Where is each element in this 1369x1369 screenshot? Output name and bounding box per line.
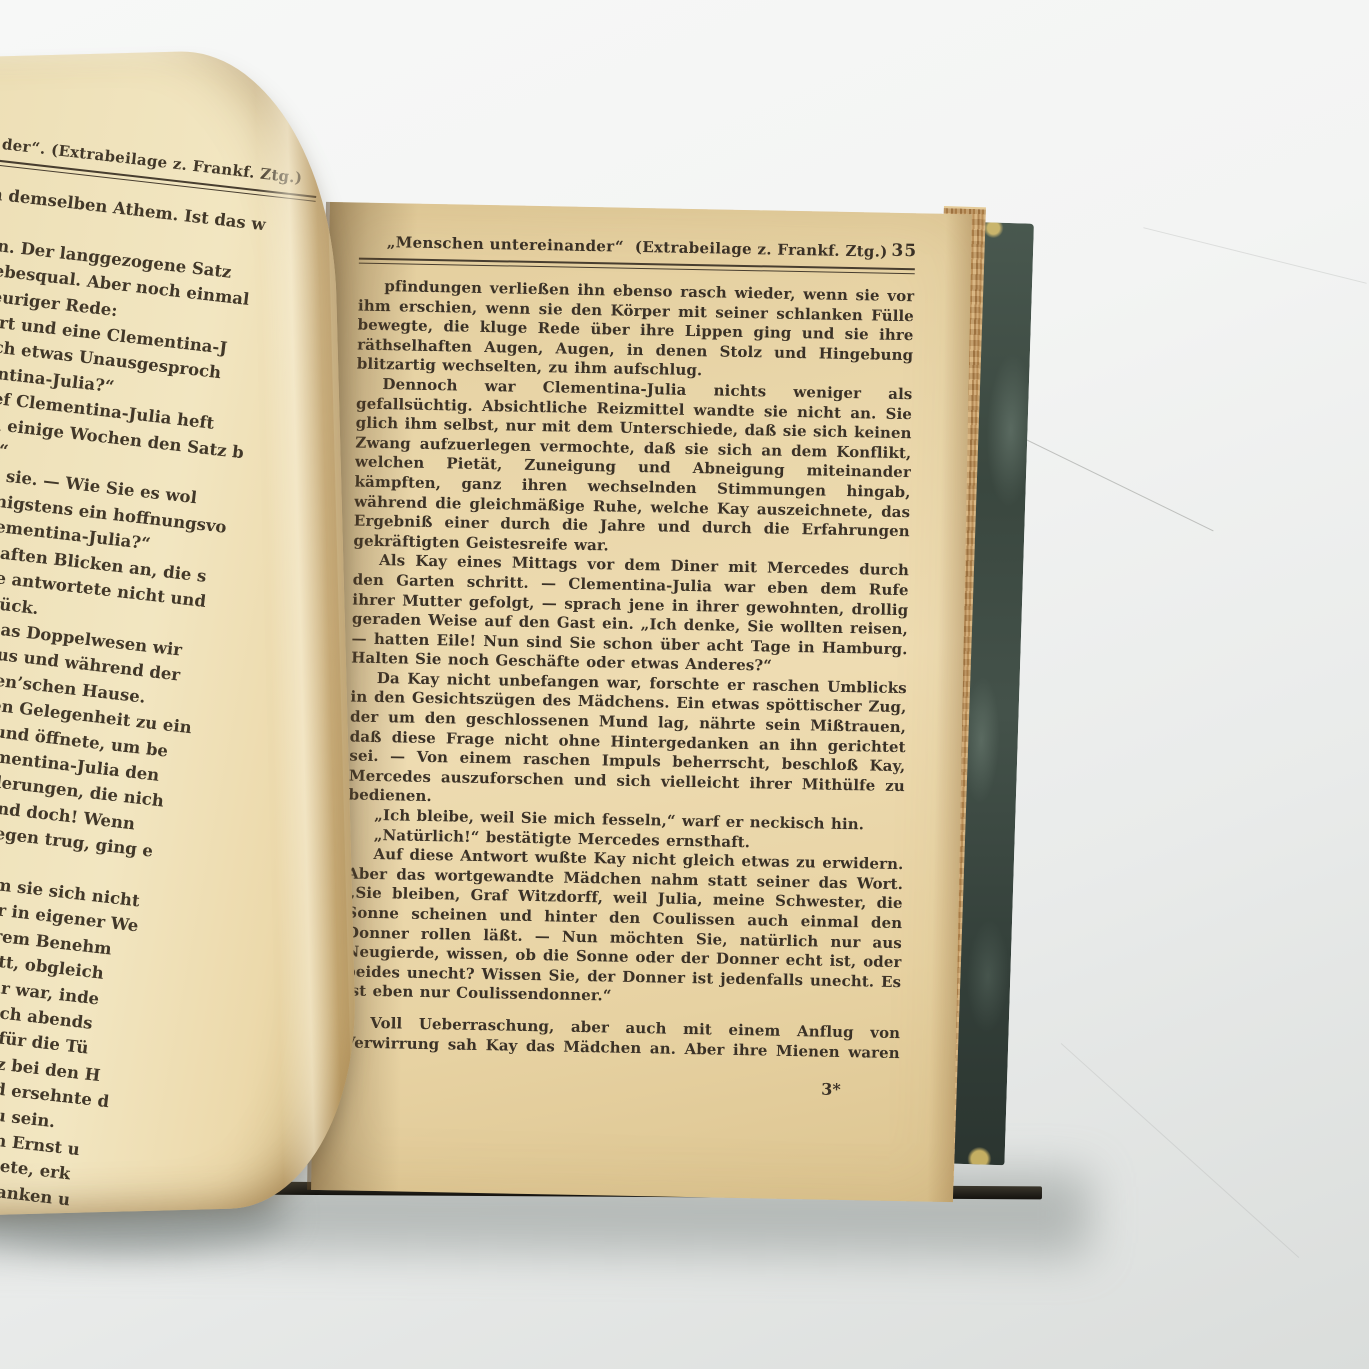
right-page-header: „Menschen untereinander“ (Extrabeilage z…	[359, 233, 915, 262]
paragraph: pfindungen verließen ihn ebenso rasch wi…	[357, 277, 915, 386]
paragraph: Da Kay nicht unbefangen war, forschte er…	[348, 668, 907, 816]
paragraph: Als Kay eines Mittags vor dem Diner mit …	[351, 551, 909, 679]
surface-scratch	[1061, 1043, 1299, 1258]
book-photo: „Menschen untereinander“ (Extrabeilage z…	[0, 0, 1369, 1369]
paragraph: Dennoch war Clementina-Julia nichts weni…	[353, 375, 912, 562]
left-page: der“. (Extrabeilage z. Frankf. Ztg.) neh…	[0, 48, 360, 1216]
header-rule	[359, 258, 915, 275]
surface-scratch	[1006, 430, 1213, 532]
paragraph: Auf diese Antwort wußte Kay nicht gleich…	[345, 845, 904, 1012]
left-page-text: nehmen in demselben Athem. Ist das wsam?…	[0, 171, 360, 1215]
running-subtitle: (Extrabeilage z. Frankf. Ztg.)	[635, 238, 888, 261]
page-text: pfindungen verließen ihn ebenso rasch wi…	[344, 277, 915, 1066]
page-number: 35	[891, 241, 917, 261]
right-page: „Menschen untereinander“ (Extrabeilage z…	[311, 202, 972, 1202]
signature-mark: 3*	[821, 1080, 899, 1100]
left-page-content: der“. (Extrabeilage z. Frankf. Ztg.) neh…	[0, 125, 360, 1216]
paragraph: Voll Ueberraschung, aber auch mit einem …	[344, 1013, 901, 1065]
surface-scratch	[1143, 227, 1366, 284]
running-title: „Menschen untereinander“	[387, 233, 624, 256]
